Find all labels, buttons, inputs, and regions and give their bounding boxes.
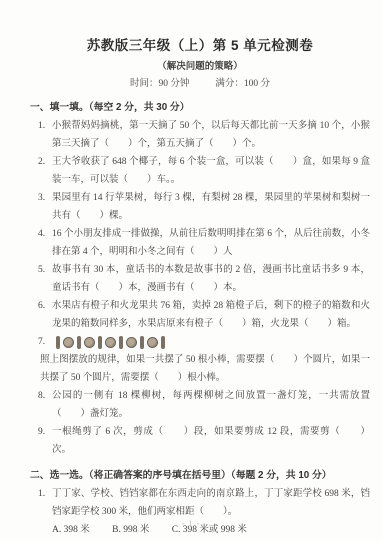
pattern-container bbox=[54, 333, 167, 351]
question-text: 公园的一侧有 18 棵柳树，每两棵柳树之间放置一盏灯笼，一共需放置（ ）盏灯笼。 bbox=[52, 387, 370, 423]
question-number: 6. bbox=[38, 297, 52, 333]
stick-shape bbox=[161, 336, 165, 349]
question-number: 2. bbox=[38, 153, 52, 189]
stick-shape bbox=[119, 336, 123, 349]
time-label: 时间：90 分钟 bbox=[130, 79, 189, 89]
question-text: 水果店有橙子和火龙果共 76 箱，卖掉 28 箱橙子后，剩下的橙子的箱数和火龙果… bbox=[52, 297, 370, 333]
question-number: 9. bbox=[38, 423, 52, 459]
question-text: 故事书有 30 本，童话书的本数是故事书的 2 倍，漫画书比童话书多 9 本，童… bbox=[52, 261, 370, 297]
question-text: 王大爷收获了 648 个椰子，每 6 个装一盒，可以装（ ）盒，如果每 9 盒装… bbox=[52, 153, 370, 189]
section2-heading: 二、选一选。（将正确答案的序号填在括号里）（每题 2 分，共 10 分） bbox=[30, 467, 370, 485]
question-item-7-pattern-row: 7. bbox=[30, 333, 370, 351]
stick-shape bbox=[56, 336, 60, 349]
circle-shape bbox=[126, 337, 137, 348]
section2-items: 1. 丁丁家、学校、铛铛家都在东西走向的南京路上，丁丁家距学校 698 米，铛铛… bbox=[30, 485, 370, 539]
circle-shape bbox=[147, 337, 158, 348]
question-item-3: 3. 果园里有 14 行苹果树，每行 3 棵，有梨树 28 棵，果园里的苹果树和… bbox=[30, 189, 370, 225]
question-text: 16 个小朋友排成一排做操，从前往后数明明排在第 6 个，从后往前数，小冬排在第… bbox=[52, 225, 370, 261]
section1-items: 1. 小猴帮妈妈摘桃，第一天摘了 50 个，以后每天都比前一天多摘 10 个，小… bbox=[30, 117, 370, 459]
question-text: 果园里有 14 行苹果树，每行 3 棵，有梨树 28 棵，果园里的苹果树和梨树一… bbox=[52, 189, 370, 225]
question-item-7-text-row: 照上图摆放的规律，如果一共摆了 50 根小棒，需要摆（ ）个圆片，如果一共摆了 … bbox=[30, 351, 370, 387]
question-number: 1. bbox=[38, 485, 52, 521]
question-item-1: 1. 小猴帮妈妈摘桃，第一天摘了 50 个，以后每天都比前一天多摘 10 个，小… bbox=[30, 117, 370, 153]
question-text: 丁丁家、学校、铛铛家都在东西走向的南京路上，丁丁家距学校 698 米，铛铛家距学… bbox=[52, 485, 370, 521]
stick-shape bbox=[140, 336, 144, 349]
question-number: 5. bbox=[38, 261, 52, 297]
question-number: 7. bbox=[38, 333, 52, 351]
exam-info-line: 时间：90 分钟满分：100 分 bbox=[30, 78, 370, 91]
question-text: 一根绳剪了 6 次，剪成（ ）段，如果要剪成 12 段，需要剪（ ）次。 bbox=[52, 423, 370, 459]
page-number: - 1 - bbox=[0, 519, 382, 528]
question-item-2: 2. 王大爷收获了 648 个椰子，每 6 个装一盒，可以装（ ）盒，如果每 9… bbox=[30, 153, 370, 189]
page-subtitle: （解决问题的策略） bbox=[30, 60, 370, 73]
stick-shape bbox=[77, 336, 81, 349]
score-label: 满分：100 分 bbox=[215, 79, 270, 89]
test-paper-page: 苏教版三年级（上）第 5 单元检测卷 （解决问题的策略） 时间：90 分钟满分：… bbox=[0, 0, 382, 540]
question-item-8: 8. 公园的一侧有 18 棵柳树，每两棵柳树之间放置一盏灯笼，一共需放置（ ）盏… bbox=[30, 387, 370, 423]
question-text: 照上图摆放的规律，如果一共摆了 50 根小棒，需要摆（ ）个圆片，如果一共摆了 … bbox=[40, 351, 370, 387]
question-item-6: 6. 水果店有橙子和火龙果共 76 箱，卖掉 28 箱橙子后，剩下的橙子的箱数和… bbox=[30, 297, 370, 333]
circle-shape bbox=[84, 337, 95, 348]
section1-heading: 一、填一填。（每空 2 分，共 30 分） bbox=[30, 99, 370, 117]
circle-shape bbox=[105, 337, 116, 348]
question-item-5: 5. 故事书有 30 本，童话书的本数是故事书的 2 倍，漫画书比童话书多 9 … bbox=[30, 261, 370, 297]
stick-shape bbox=[98, 336, 102, 349]
question-number: 1. bbox=[38, 117, 52, 153]
question-item-9: 9. 一根绳剪了 6 次，剪成（ ）段，如果要剪成 12 段，需要剪（ ）次。 bbox=[30, 423, 370, 459]
question-number: 8. bbox=[38, 387, 52, 423]
question-number: 4. bbox=[38, 225, 52, 261]
question-text: 小猴帮妈妈摘桃，第一天摘了 50 个，以后每天都比前一天多摘 10 个，小猴第三… bbox=[52, 117, 370, 153]
question-item-4: 4. 16 个小朋友排成一排做操，从前往后数明明排在第 6 个，从后往前数，小冬… bbox=[30, 225, 370, 261]
circle-shape bbox=[63, 337, 74, 348]
page-title: 苏教版三年级（上）第 5 单元检测卷 bbox=[30, 38, 370, 54]
question-number: 3. bbox=[38, 189, 52, 225]
choice-question-1: 1. 丁丁家、学校、铛铛家都在东西走向的南京路上，丁丁家距学校 698 米，铛铛… bbox=[30, 485, 370, 521]
